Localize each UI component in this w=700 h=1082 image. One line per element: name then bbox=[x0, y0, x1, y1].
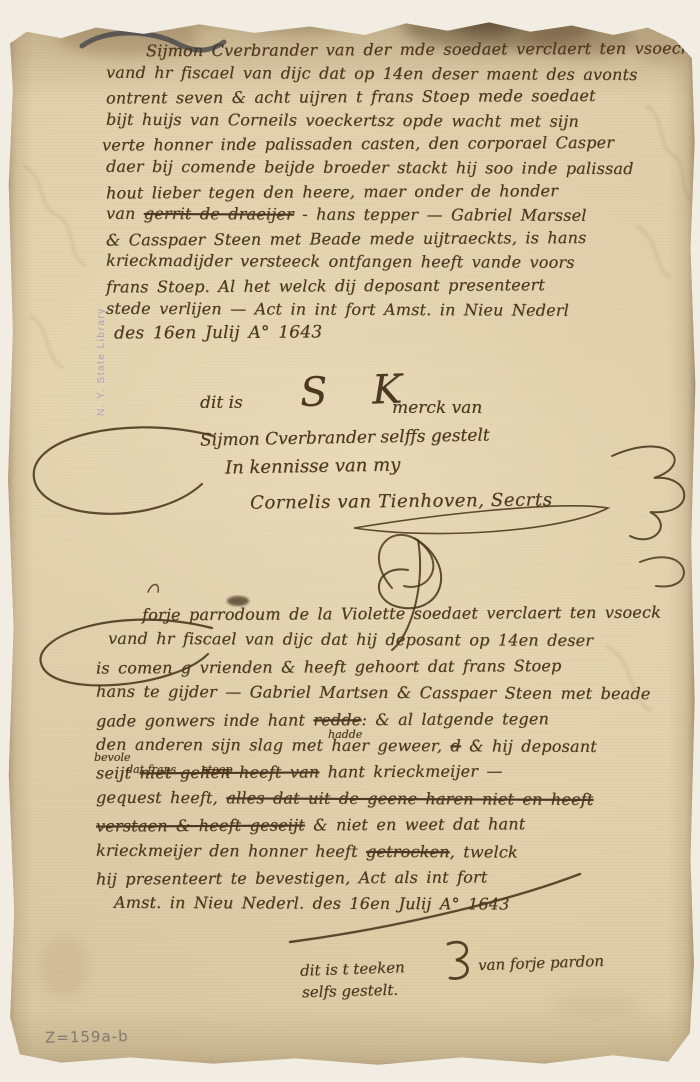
line-segment: is comen g vrienden & heeft gehoort dat … bbox=[96, 656, 562, 677]
manuscript-line: Amst. in Nieu Nederl. des 16en Julij A° … bbox=[96, 890, 681, 919]
deposition-1: Sijmon Cverbrander van der mde soedaet v… bbox=[106, 38, 681, 345]
line-segment: stede verlijen — Act in int fort Amst. i… bbox=[106, 298, 569, 319]
mark-tail-text: merck van bbox=[392, 398, 482, 418]
line-segment: hant krieckmeijer — bbox=[319, 762, 502, 782]
line-segment: frans Stoep. Al het welck dij deposant p… bbox=[106, 275, 545, 296]
mark-lead-text: dit is bbox=[200, 393, 243, 413]
line-segment: gade gonwers inde hant bbox=[96, 710, 313, 730]
manuscript-line: hout lieber tegen den heere, maer onder … bbox=[106, 178, 681, 205]
manuscript-line: frans Stoep. Al het welck dij deposant p… bbox=[106, 272, 681, 299]
manuscript-scan: { "document": { "kind_label": "Handwritt… bbox=[0, 0, 700, 1082]
line-segment: vand hr fiscael van dijc dat hij deposan… bbox=[108, 629, 593, 650]
manuscript-line: ontrent seven & acht uijren t frans Stoe… bbox=[106, 84, 681, 111]
manuscript-line: des 16en Julij A° 1643 bbox=[106, 320, 681, 347]
line-segment: hout lieber tegen den heere, maer onder … bbox=[106, 181, 558, 202]
line-segment: : & al latgende tegen bbox=[361, 709, 549, 729]
line-segment: forje parrodoum de la Violette soedaet v… bbox=[142, 603, 661, 625]
line-segment: & Casspaer Steen met Beade mede uijtraec… bbox=[106, 228, 587, 250]
paraph-left-loop bbox=[34, 427, 214, 513]
line-segment: , twelck bbox=[450, 842, 518, 861]
manuscript-line: krieckmeijer den honner heeft getrocken,… bbox=[96, 837, 681, 866]
manuscript-line: daer bij comende beijde broeder stackt h… bbox=[106, 155, 681, 181]
manuscript-line: seijt niet gehen heeft van hant krieckme… bbox=[96, 758, 681, 787]
line-segment: & niet en weet dat hant bbox=[305, 815, 526, 835]
line-segment: & hij deposant bbox=[461, 736, 597, 756]
line-segment: Sijmon Cverbrander van der mde soedaet v… bbox=[146, 38, 691, 60]
struck-segment: redde bbox=[313, 710, 361, 729]
notary-right-flourish bbox=[612, 446, 684, 539]
line-segment: bijt huijs van Corneils voeckertsz opde … bbox=[106, 110, 579, 131]
bottom-note-line2: selfs gestelt. bbox=[302, 981, 399, 1002]
line-segment: krieckmeijer den honner heeft bbox=[96, 840, 366, 860]
deposition-2: forje parrodoum de la Violette soedaet v… bbox=[96, 601, 681, 918]
manuscript-line: gequest heeft, alles dat uit de geene ha… bbox=[96, 785, 681, 814]
manuscript-line: & Casspaer Steen met Beade mede uijtraec… bbox=[106, 225, 681, 252]
line-segment: daer bij comende beijde broeder stackt h… bbox=[106, 157, 634, 178]
archive-reference-pencil: Z=159a-b bbox=[45, 1027, 129, 1046]
attestation-line: In kennisse van my bbox=[225, 454, 401, 478]
bottom-note-left: dit is t teeken bbox=[300, 958, 405, 980]
manuscript-line: vand hr fiscael van dijc dat op 14en des… bbox=[106, 60, 681, 86]
mid-curl-left bbox=[379, 535, 433, 588]
line-segment: van bbox=[106, 204, 144, 223]
struck-segment: gerrit de draeijer bbox=[144, 204, 294, 224]
manuscript-line: Sijmon Cverbrander van der mde soedaet v… bbox=[106, 36, 681, 63]
line-segment: - hans tepper — Gabriel Marssel bbox=[294, 205, 587, 225]
bottom-note-right: van forje pardon bbox=[478, 952, 604, 974]
struck-segment: getrocken bbox=[366, 842, 450, 861]
notary-signature: Cornelis van Tienhoven, Secrts bbox=[250, 489, 553, 513]
manuscript-line: hij presenteert te bevestigen, Act als i… bbox=[96, 864, 681, 893]
line-segment: hans te gijder — Gabriel Martsen & Cassp… bbox=[96, 682, 651, 703]
line-segment: vand hr fiscael van dijc dat op 14en des… bbox=[106, 62, 638, 83]
line-segment: ontrent seven & acht uijren t frans Stoe… bbox=[106, 86, 596, 108]
deponent-name-line: Sijmon Cverbrander selffs gestelt bbox=[200, 425, 490, 450]
interlinear-insertion: dat frans bbox=[126, 763, 176, 776]
manuscript-line: vand hr fiscael van dijc dat hij deposan… bbox=[96, 626, 681, 655]
struck-segment: alles dat uit de geene haren niet en hee… bbox=[226, 788, 593, 809]
manuscript-line: van gerrit de draeijer - hans tepper — G… bbox=[106, 202, 681, 228]
manuscript-line: den anderen sijn slag met haer geweer, d… bbox=[96, 732, 681, 761]
manuscript-line: forje parrodoum de la Violette soedaet v… bbox=[96, 599, 681, 628]
pardon-mark-icon bbox=[448, 942, 467, 978]
line-segment: Amst. in Nieu Nederl. des 16en Julij A° … bbox=[114, 893, 510, 914]
manuscript-line: verstaen & heeft geseijt & niet en weet … bbox=[96, 811, 681, 840]
line-segment: den anderen sijn slag met haer geweer, bbox=[96, 735, 451, 756]
signature-spiral bbox=[379, 538, 441, 608]
manuscript-line: krieckmadijder versteeck ontfangen heeft… bbox=[106, 249, 681, 275]
small-superscript-squiggle bbox=[148, 585, 158, 593]
line-segment: gequest heeft, bbox=[96, 788, 226, 808]
struck-segment: d bbox=[450, 736, 461, 755]
line-segment: krieckmadijder versteeck ontfangen heeft… bbox=[106, 251, 575, 272]
line-segment: verte honner inde palissaden casten, den… bbox=[102, 133, 614, 155]
manuscript-line: stede verlijen — Act in int fort Amst. i… bbox=[106, 296, 681, 322]
interlinear-insertion: hadde bbox=[328, 728, 362, 741]
line-segment: des 16en Julij A° 1643 bbox=[114, 322, 322, 343]
line-segment: hij presenteert te bevestigen, Act als i… bbox=[96, 868, 488, 889]
mid-curl-right bbox=[640, 557, 684, 586]
manuscript-line: bijt huijs van Corneils voeckertsz opde … bbox=[106, 108, 681, 134]
manuscript-line: verte honner inde palissaden casten, den… bbox=[102, 131, 681, 158]
interlinear-insertion-struck: stoep bbox=[202, 763, 232, 776]
manuscript-line: gade gonwers inde hant redde: & al latge… bbox=[96, 705, 681, 734]
manuscript-line: hans te gijder — Gabriel Martsen & Cassp… bbox=[96, 679, 681, 708]
interlinear-insertion: bevole bbox=[94, 751, 130, 764]
struck-segment: verstaen & heeft geseijt bbox=[96, 816, 305, 836]
manuscript-line: is comen g vrienden & heeft gehoort dat … bbox=[96, 652, 681, 681]
manuscript-page: N. Y. State Library Sijmon Cverbrander v… bbox=[6, 16, 696, 1070]
